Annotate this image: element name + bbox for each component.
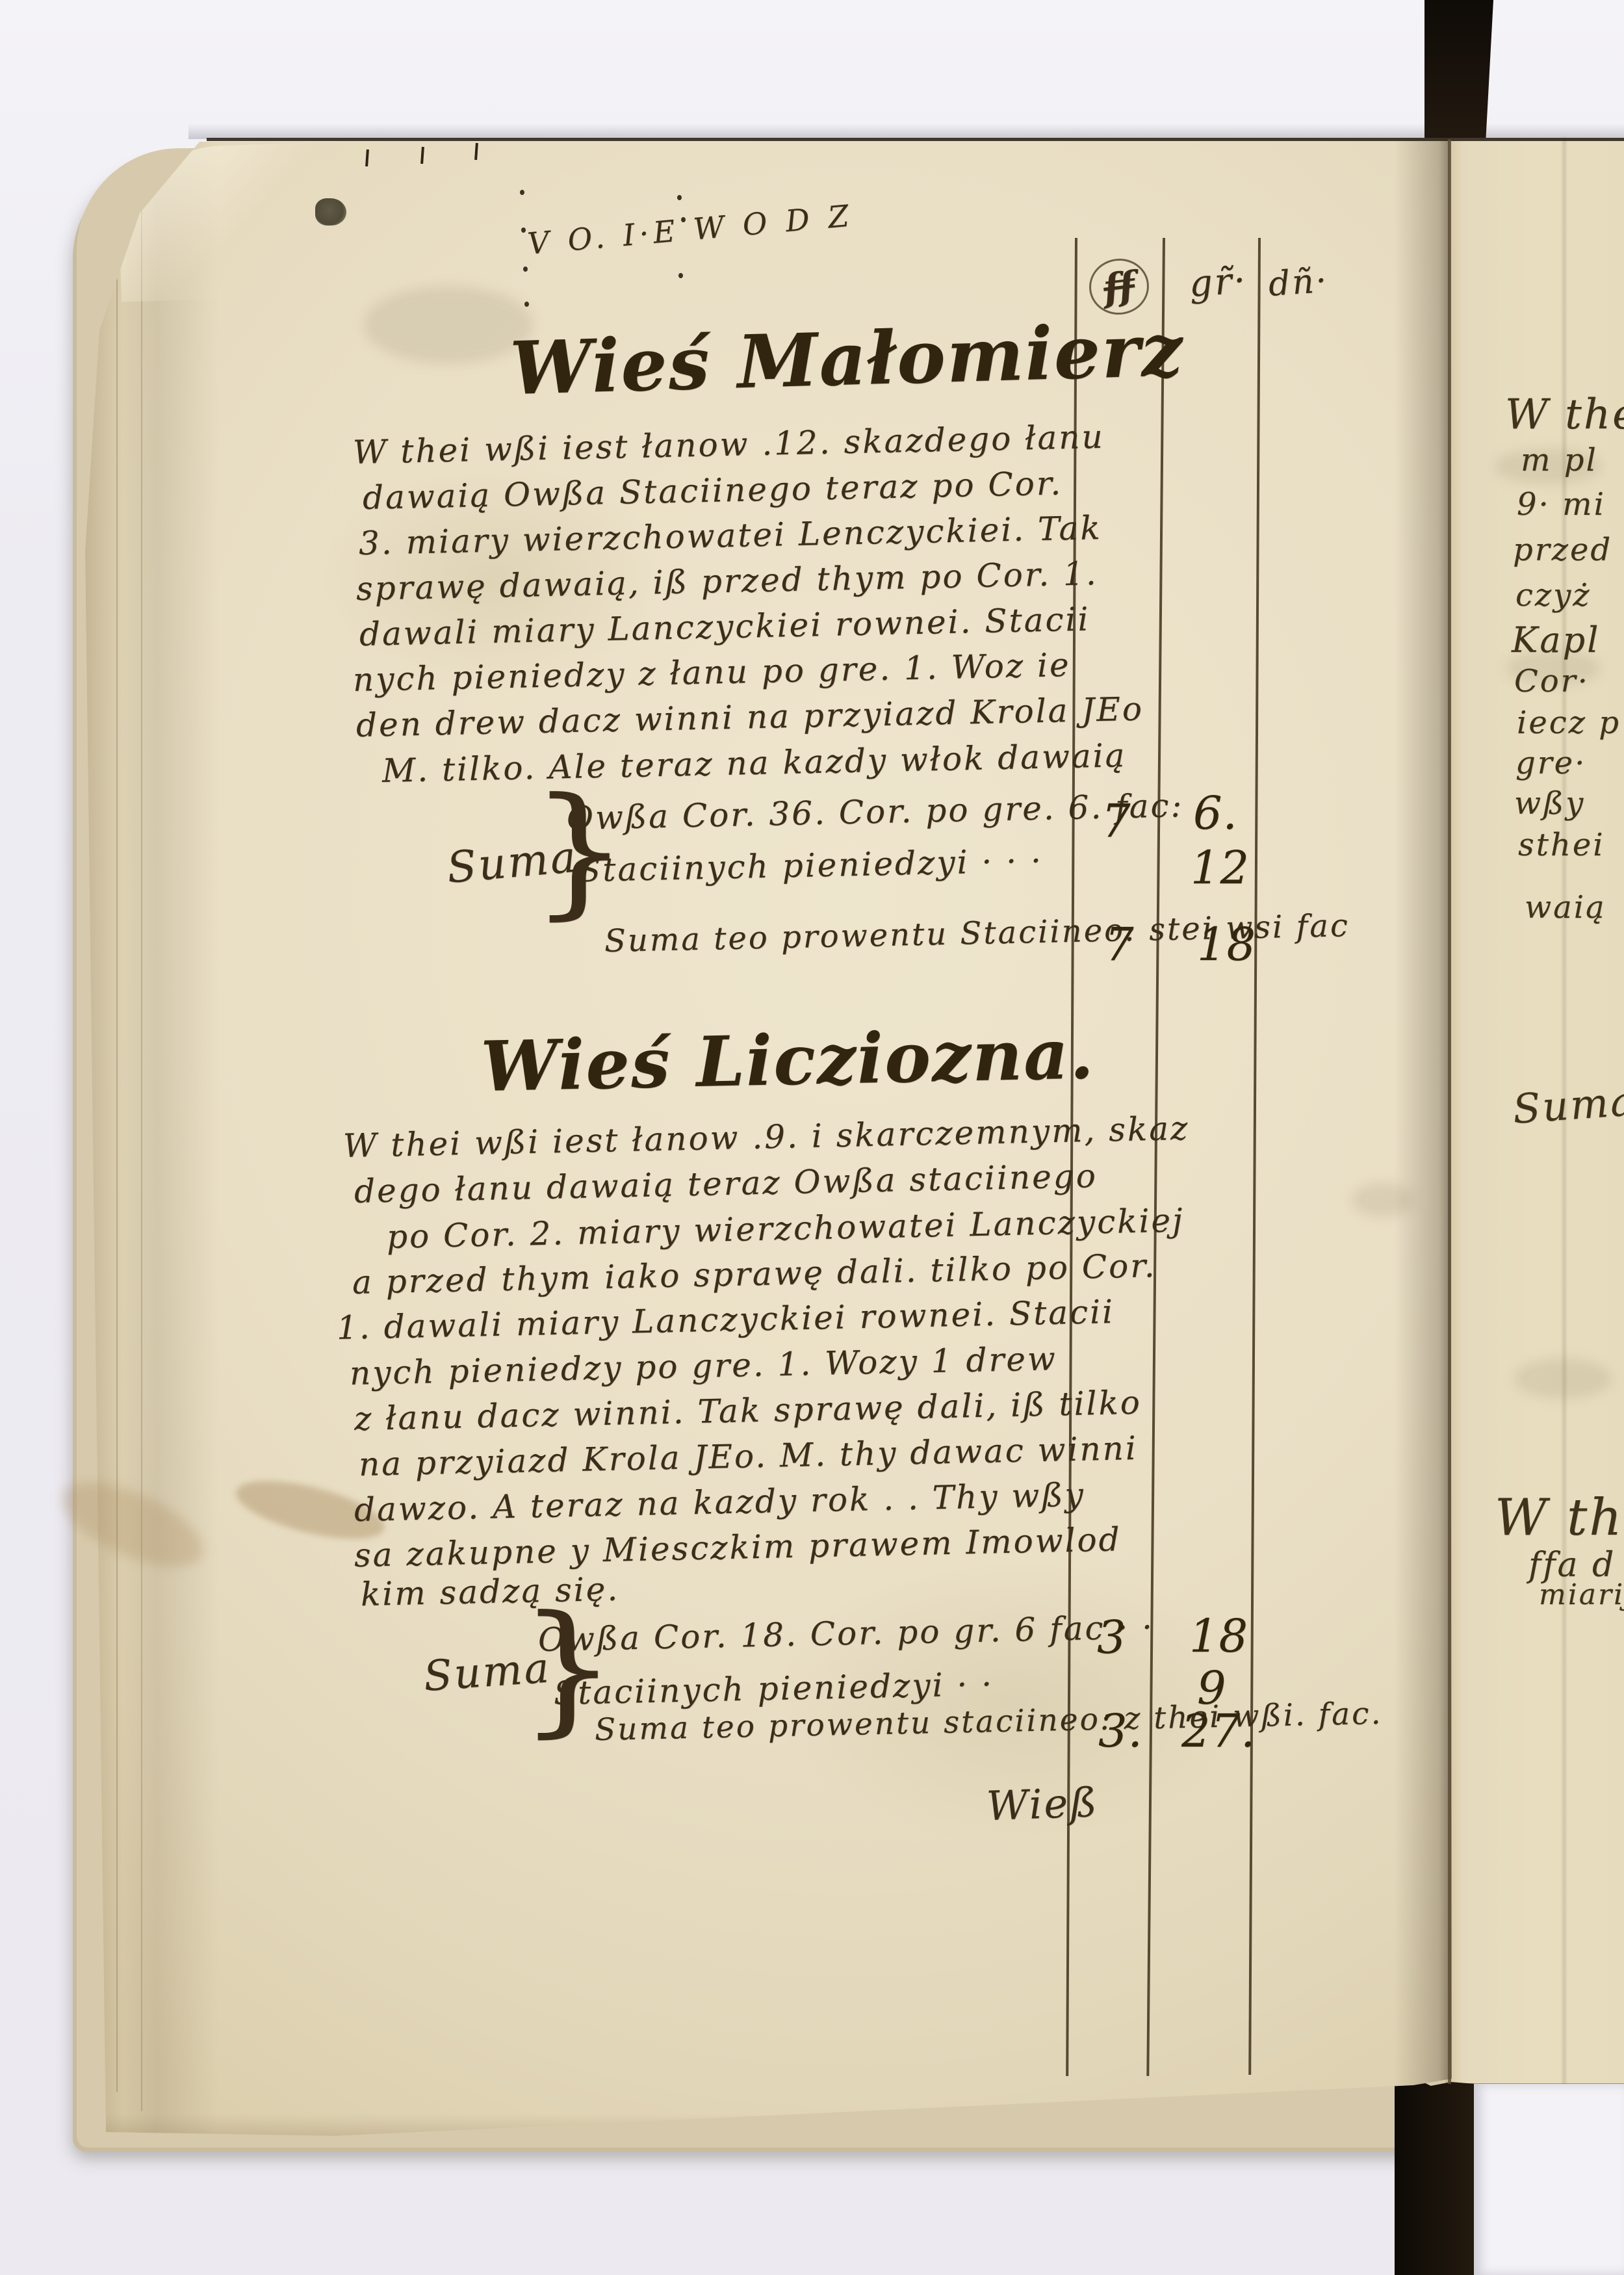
show-through-3 [1514, 1358, 1612, 1399]
adjacent-fragment-lower: W th [1495, 1492, 1624, 1543]
ink-dot-trail-a [520, 190, 524, 195]
grosze-value: 6. [1193, 790, 1238, 836]
adjacent-fragment: W the [1505, 394, 1624, 435]
binding-edge-top [1424, 0, 1493, 152]
scanned-manuscript-photo: V O. I·E W O D Z ff gr̃· dñ· Wieś Małomi… [0, 0, 1624, 2275]
binding-edge-bottom [1395, 2080, 1475, 2275]
page-top-edge-line [207, 138, 1624, 141]
show-through-5 [364, 286, 533, 364]
adjacent-fragment: 9· mi [1517, 489, 1606, 520]
grosze-value: 12 [1191, 845, 1250, 890]
adjacent-fragment-lower: ffa d [1528, 1548, 1616, 1582]
backing-sheet-corner [1474, 2084, 1624, 2275]
adjacent-fragment: gre· [1515, 747, 1586, 779]
adjacent-fragment: przed th [1513, 534, 1624, 565]
show-through-4 [1352, 1183, 1413, 1217]
adjacent-fragment: czyż [1515, 580, 1592, 611]
adjacent-fragment: Kapl [1512, 623, 1600, 658]
florins-total: 7 [1105, 922, 1135, 967]
florins-value: 7 [1102, 798, 1131, 844]
stacked-edge-line-2 [141, 181, 142, 2111]
summa-row-station-money: Staciinych pieniedzyi · · [553, 1668, 994, 1709]
gutter-inner-shadow [1394, 135, 1454, 2145]
adjacent-fragment: iecz p [1517, 707, 1621, 738]
florins-value: 3 [1097, 1615, 1127, 1660]
stacked-edge-line-1 [116, 207, 118, 2092]
adjacent-fragment: waią [1525, 892, 1606, 923]
grosze-total: 27. [1181, 1708, 1256, 1754]
adjacent-fragment: sthei [1518, 829, 1605, 861]
summa-row-station-money: Staciinych pieniedzyi · · · [578, 844, 1043, 887]
column-header-grosze: gr̃· [1188, 263, 1248, 303]
village-title-malomierz: Wieś Małomierz [509, 314, 1185, 406]
scan-shadow-top [188, 123, 1624, 139]
adjacent-fragment: Cor· [1514, 666, 1590, 697]
florins-symbol: ff [1102, 266, 1137, 307]
column-header-denars: dñ· [1267, 264, 1330, 302]
adjacent-fragment-lower: miarij [1539, 1581, 1624, 1609]
grosze-total: 18 [1197, 922, 1256, 967]
ink-dot-trail-b [677, 195, 682, 200]
ink-blot [315, 198, 346, 226]
catchword: Wieß [986, 1782, 1100, 1826]
adjacent-summa-fragment: Suma [1512, 1081, 1624, 1130]
village-title-licziozna: Wieś Licziozna. [480, 1019, 1096, 1101]
gutter-line [1448, 139, 1451, 2084]
adjacent-fragment: wßy [1514, 788, 1585, 819]
adjacent-fragment: m pl [1521, 445, 1598, 476]
grosze-value: 18 [1189, 1613, 1248, 1659]
florins-total: 3. [1098, 1708, 1143, 1754]
